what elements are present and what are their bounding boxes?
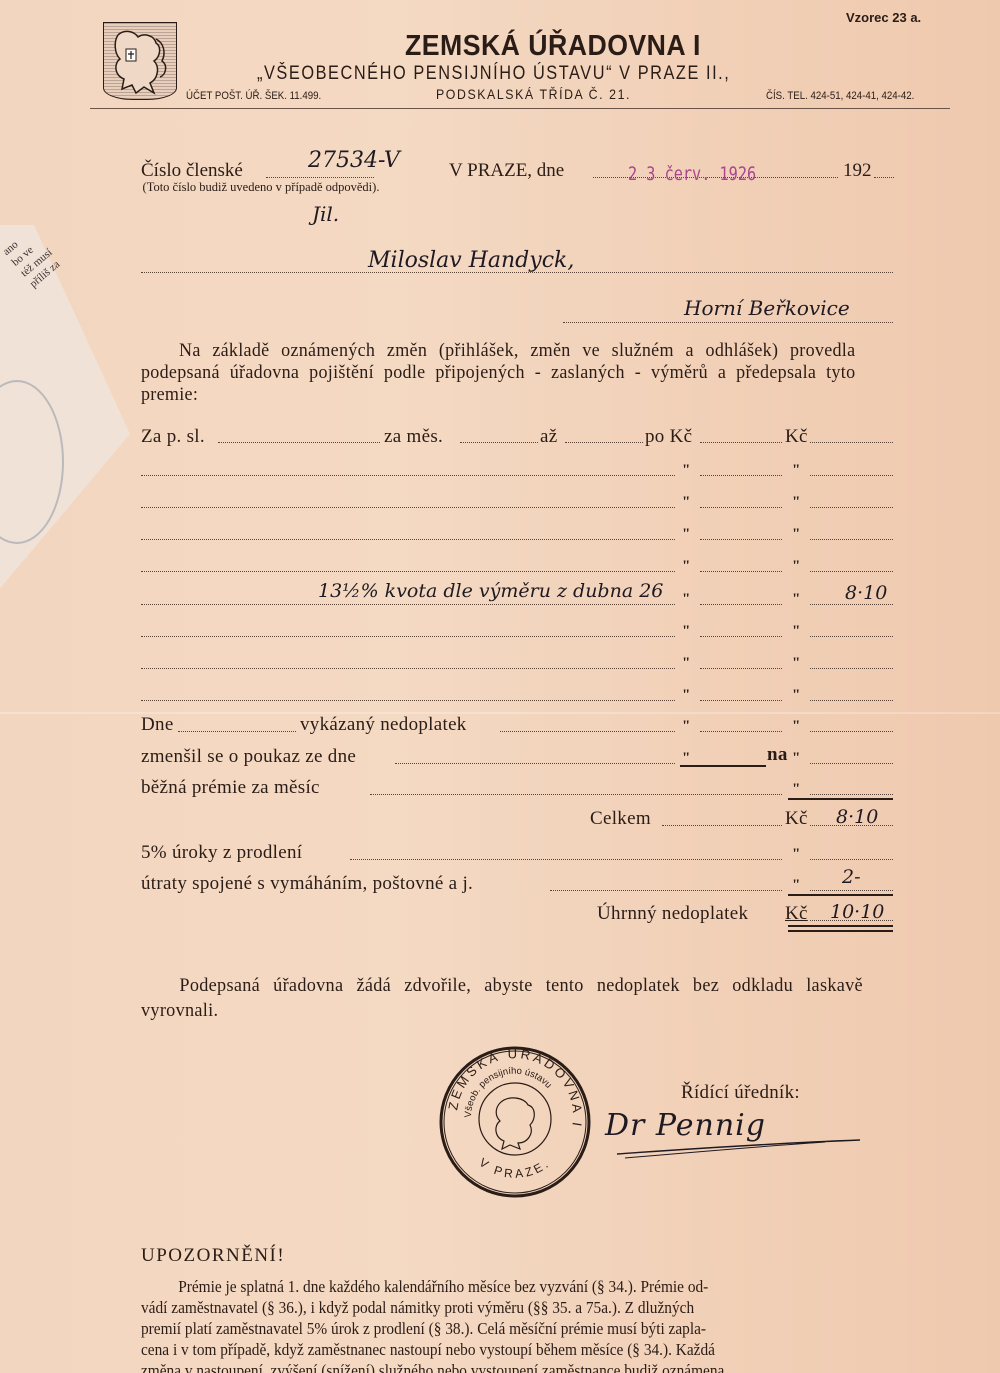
member-number-label: Číslo členské — [141, 160, 243, 182]
uhrnny-label: Úhrnný nedoplatek — [597, 903, 748, 925]
col-az: až — [540, 426, 557, 448]
utraty-value: 2- — [842, 866, 861, 888]
celkem-label: Celkem — [590, 808, 651, 830]
celkem-kc: Kč — [785, 808, 808, 830]
col-za-p-sl: Za p. sl. — [141, 426, 205, 448]
office-seal: ZEMSKÁ ÚŘADOVNA I Všeob. pensijního ústa… — [438, 1045, 593, 1200]
member-initials: Jil. — [312, 202, 339, 226]
notice-body: Prémie je splatná 1. dne každého kalendá… — [141, 1276, 840, 1373]
notice-title: UPOZORNĚNÍ! — [141, 1245, 285, 1267]
svg-text:ZEMSKÁ ÚŘADOVNA I: ZEMSKÁ ÚŘADOVNA I — [445, 1046, 585, 1130]
recipient-name: Miloslav Handyck, — [368, 248, 574, 273]
svg-text:V PRAZE.: V PRAZE. — [477, 1155, 553, 1181]
uroky-label: 5% úroky z prodlení — [141, 842, 302, 864]
recipient-place: Horní Beřkovice — [684, 296, 850, 320]
member-number-value: 27534-V — [308, 148, 400, 173]
vykazany-label: vykázaný nedoplatek — [300, 714, 467, 736]
member-number-note: (Toto číslo budiž uvedeno v případě odpo… — [141, 180, 381, 195]
zmensil-label: zmenšil se o poukaz ze dne — [141, 746, 356, 768]
office-subtitle: „VŠEOBECNÉHO PENSIJNÍHO ÚSTAVU“ V PRAZE … — [257, 63, 730, 85]
postal-account: ÚČET POŠT. ÚŘ. ŠEK. 11.499. — [186, 90, 321, 102]
year-prefix: 192 — [843, 160, 872, 182]
col-po-kc: po Kč — [645, 426, 692, 448]
lion-coat-of-arms-icon — [103, 22, 177, 100]
phone-numbers: ČÍS. TEL. 424-51, 424-41, 424-42. — [766, 90, 914, 102]
form-number: Vzorec 23 a. — [846, 10, 921, 25]
signature-label: Řídící úředník: — [681, 1082, 800, 1104]
request-paragraph: Podepsaná úřadovna žádá zdvořile, abyste… — [141, 973, 863, 1023]
bezna-premie-label: běžná prémie za měsíc — [141, 777, 320, 799]
uhrnny-kc: Kč — [785, 903, 808, 925]
date-stamp: 2 3 červ. 1926 — [628, 163, 756, 185]
header-divider — [90, 108, 950, 109]
col-kc: Kč — [785, 426, 808, 448]
date-label: V PRAZE, dne — [449, 160, 564, 182]
entry-amount: 8·10 — [845, 582, 887, 604]
entry-text: 13½% kvota dle výměru z dubna 26 — [318, 580, 663, 602]
office-title: ZEMSKÁ ÚŘADOVNA I — [405, 30, 701, 63]
col-za-mes: za měs. — [384, 426, 443, 448]
signature-flourish — [615, 1124, 865, 1169]
na-label: na — [767, 744, 788, 766]
intro-paragraph: Na základě oznámených změn (přihlášek, z… — [141, 340, 855, 406]
office-address: PODSKALSKÁ TŘÍDA Č. 21. — [436, 86, 631, 102]
dne-label: Dne — [141, 714, 174, 736]
utraty-label: útraty spojené s vymáháním, poštovné a j… — [141, 873, 473, 895]
